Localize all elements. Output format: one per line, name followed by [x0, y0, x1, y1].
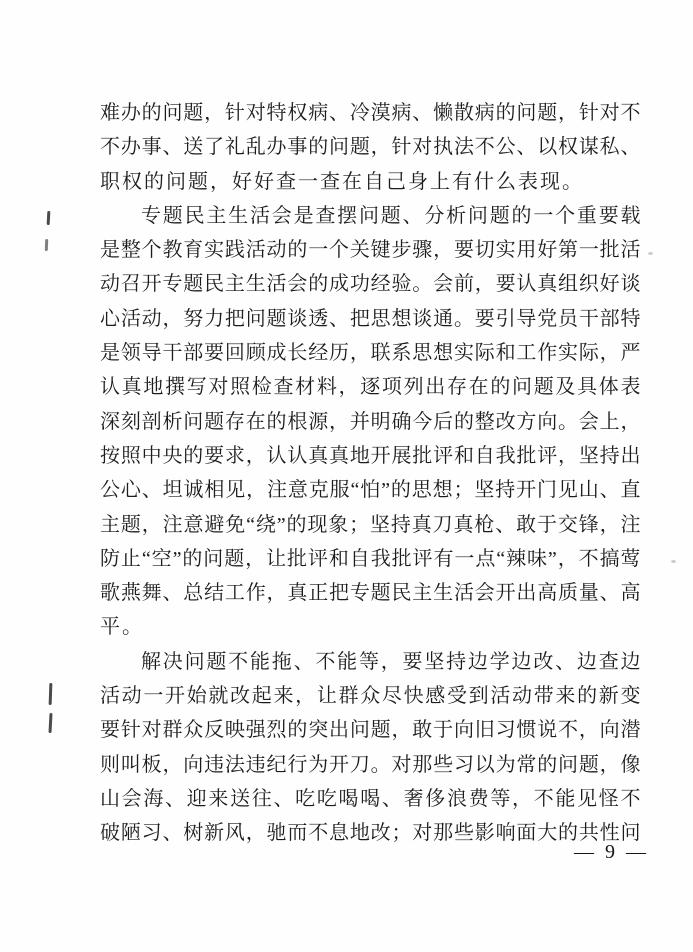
text-line: 是领导干部要回顾成长经历，联系思想实际和工作实际，严肃	[100, 336, 641, 370]
text-line: 活动一开始就改起来，让群众尽快感受到活动带来的新变化。	[100, 679, 641, 713]
text-line: 不办事、送了礼乱办事的问题，针对执法不公、以权谋私、滥用	[100, 130, 641, 164]
text-line: 职权的问题，好好查一查在自己身上有什么表现。	[100, 165, 641, 199]
paragraph: 难办的问题，针对特权病、冷漠病、懒散病的问题，针对不送礼 不办事、送了礼乱办事的…	[100, 96, 641, 199]
text-line: 山会海、迎来送往、吃吃喝喝、奢侈浪费等，不能见怪不怪，要	[100, 782, 641, 816]
text-line: 平。	[100, 610, 641, 644]
text-line: 主题，注意避免“绕”的现象；坚持真刀真枪、敢于交锋，注意	[100, 508, 641, 542]
body-text: 难办的问题，针对特权病、冷漠病、懒散病的问题，针对不送礼 不办事、送了礼乱办事的…	[100, 96, 641, 851]
text-line: 要针对群众反映强烈的突出问题，敢于向旧习惯说不，向潜规	[100, 713, 641, 747]
page-number: — 9 —	[574, 841, 664, 864]
paragraph: 专题民主生活会是查摆问题、分析问题的一个重要载体， 是整个教育实践活动的一个关键…	[100, 199, 641, 645]
scan-mark	[47, 211, 51, 225]
text-line: 心活动，努力把问题谈透、把思想谈通。要引导党员干部特别	[100, 302, 641, 336]
scan-speck	[671, 560, 676, 563]
text-line: 动召开专题民主生活会的成功经验。会前，要认真组织好谈	[100, 267, 641, 301]
text-line: 防止“空”的问题，让批评和自我批评有一点“辣味”，不搞莺	[100, 542, 641, 576]
text-line: 按照中央的要求，认认真真地开展批评和自我批评，坚持出以	[100, 439, 641, 473]
text-line: 认真地撰写对照检查材料，逐项列出存在的问题及具体表现，	[100, 370, 641, 404]
text-line: 公心、坦诚相见，注意克服“怕”的思想；坚持开门见山、直奔	[100, 473, 641, 507]
text-line: 破陋习、树新风，驰而不息地改；对那些影响面大的共性问题，	[100, 816, 641, 850]
scan-mark	[48, 713, 52, 733]
scan-mark	[49, 683, 53, 705]
paragraph: 解决问题不能拖、不能等，要坚持边学边改、边查边改，从 活动一开始就改起来，让群众…	[100, 645, 641, 851]
text-line: 则叫板，向违法违纪行为开刀。对那些习以为常的问题，像文	[100, 748, 641, 782]
scan-speck	[648, 252, 653, 255]
text-line: 是整个教育实践活动的一个关键步骤，要切实用好第一批活	[100, 233, 641, 267]
text-line: 专题民主生活会是查摆问题、分析问题的一个重要载体，	[100, 199, 641, 233]
text-line: 歌燕舞、总结工作，真正把专题民主生活会开出高质量、高水	[100, 576, 641, 610]
text-line: 深刻剖析问题存在的根源，并明确今后的整改方向。会上，要	[100, 405, 641, 439]
text-line: 难办的问题，针对特权病、冷漠病、懒散病的问题，针对不送礼	[100, 96, 641, 130]
text-line: 解决问题不能拖、不能等，要坚持边学边改、边查边改，从	[100, 645, 641, 679]
scan-mark	[45, 239, 48, 251]
scanned-book-page: 难办的问题，针对特权病、冷漠病、懒散病的问题，针对不送礼 不办事、送了礼乱办事的…	[0, 0, 693, 952]
